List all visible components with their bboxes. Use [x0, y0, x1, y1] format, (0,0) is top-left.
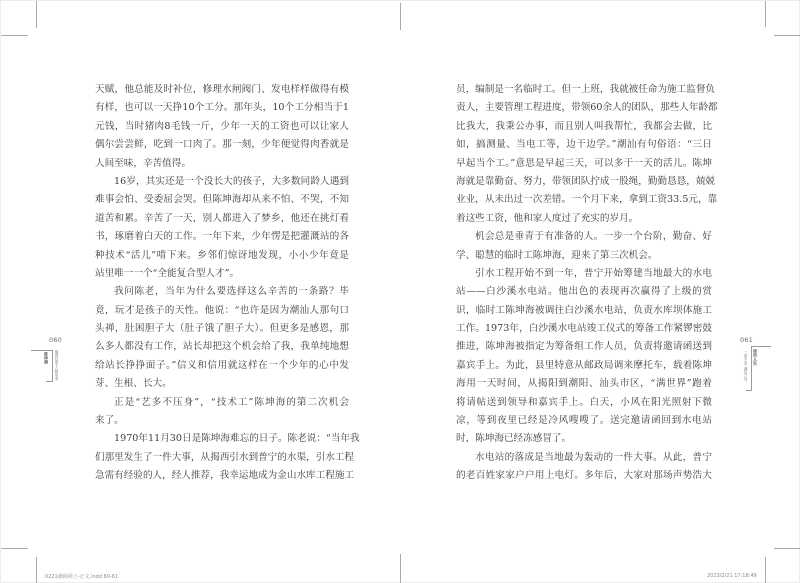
footer-timestamp: 2023/2/21 17:18:49: [707, 573, 757, 579]
text-line: 给站长挣挣面子。”信义和信用就这样在一个少年的心中发: [95, 357, 349, 375]
text-line: 我问陈老，当年为什么要选择这么辛苦的一条路？毕: [95, 283, 349, 301]
crop-mark-bottom-right-horizontal: [774, 548, 800, 549]
right-page-number: 061: [740, 336, 753, 344]
crop-mark-top-center: [400, 3, 401, 30]
crop-mark-bottom-right-vertical: [765, 557, 766, 583]
text-line: 将请帖送到领导和嘉宾手上。白天，小风在阳光照射下微: [456, 394, 712, 412]
left-margin-label: 潮商信用人物故事: [55, 350, 59, 380]
text-line: 识，临时工陈坤海被调往白沙溪水电站，负责水库坝体施工: [456, 302, 712, 320]
text-line: 凉，等到夜里已经是冷风嗖嗖了。送完邀请函回到水电站: [456, 412, 712, 430]
left-margin-rule-vertical: [52, 350, 53, 381]
text-line: 16岁，其实还是一个没长大的孩子，大多数同龄人遇到: [95, 173, 349, 191]
left-margin-rule-bottom: [46, 381, 53, 382]
crop-mark-bottom-center: [400, 554, 401, 583]
text-line: 责人，主要管理工程进度，带领60余人的团队，那些人年龄都: [456, 99, 712, 117]
text-line: 引水工程开始不到一年，普宁开始筹建当地最大的水电: [456, 265, 712, 283]
crop-mark-top-right-vertical: [765, 1, 766, 27]
text-line: 站里唯一一个“全能复合型人才”。: [95, 265, 349, 283]
text-line: 着这些工资，他和家人度过了充实的岁月。: [456, 210, 712, 228]
book-spread: 060 陈坤海 潮商信用人物故事 061 信用人生 一诺千金 诚信立身 天赋，他…: [0, 0, 800, 583]
text-line: 们那里发生了一件大事，从揭西引水到普宁的水渠，引水工程: [95, 449, 349, 467]
crop-mark-top-right-horizontal: [774, 35, 800, 36]
crop-mark-bottom-left-vertical: [36, 557, 37, 583]
text-line: 工作。1973年，白沙溪水电站竣工仪式的筹备工作紧锣密鼓: [456, 320, 712, 338]
text-line: 业业，从未出过一次差错。一个月下来，拿到工资33.5元，靠: [456, 191, 712, 209]
text-line: 机会总是垂青于有准备的人。一步一个台阶，勤奋、好: [456, 228, 712, 246]
crop-mark-bottom-left-horizontal: [1, 548, 28, 549]
left-page-body: 天赋，他总能及时补位，修理水闸阀门、发电样样做得有模有样，也可以一天挣10个工分…: [95, 81, 349, 486]
crop-mark-top-left-horizontal: [1, 35, 28, 36]
text-line: 急需有经验的人，经人推荐，我幸运地成为金山水库工程施工: [95, 467, 349, 485]
right-margin-rule-vertical: [751, 346, 752, 391]
text-line: 有样，也可以一天挣10个工分。那年头，10个工分相当于1: [95, 99, 349, 117]
text-line: 推进，陈坤海被指定为筹备组工作人员，负责将邀请函送到: [456, 338, 712, 356]
crop-mark-top-left-vertical: [36, 1, 37, 28]
text-line: 水电站的落成是当地最为轰动的一件大事。从此，普宁: [456, 449, 712, 467]
left-page-number: 060: [49, 336, 62, 344]
text-line: 嘉宾手上。为此，县里特意从邮政局调来摩托车，载着陈坤: [456, 357, 712, 375]
footer-file-label: 0221潮商网上-正文.indd 60-61: [45, 573, 118, 580]
text-line: 竟，玩才是孩子的天性。他说：“也许是因为潮汕人那句口: [95, 302, 349, 320]
text-line: 如，搞测量、当电工等，边干边学。”潮汕有句俗语：“三日: [456, 136, 712, 154]
text-line: 种技术“活儿”啃下来。乡邻们惊讶地发现，小小少年竟是: [95, 247, 349, 265]
text-line: 道苦和累。辛苦了一天，别人都进入了梦乡，他还在挑灯看: [95, 210, 349, 228]
text-line: 难事会怕、受委屈会哭。但陈坤海却从来不怕、不哭，不知: [95, 191, 349, 209]
right-margin-rule-top: [751, 346, 771, 347]
text-line: 时，陈坤海已经冻感冒了。: [456, 430, 712, 448]
text-line: 来了。: [95, 412, 349, 430]
text-line: 偶尔尝尝鲜，吃到一口肉了。那一刻，少年便觉得肉香就是: [95, 136, 349, 154]
text-line: 书，琢磨着白天的工作。一年下来，少年愣是把灌溉站的各: [95, 228, 349, 246]
right-margin-label-bold: 信用人生: [753, 349, 757, 365]
text-line: 员，编制是一名临时工。但一上班，我就被任命为施工监督负: [456, 81, 712, 99]
text-line: 头禅，肚困胆子大（肚子饿了胆子大）。但更多是感恩，那: [95, 320, 349, 338]
text-line: 早起当个工。”意思是早起三天，可以多干一天的活儿。陈坤: [456, 155, 712, 173]
text-line: 1970年11月30日是陈坤海难忘的日子。陈老说：“当年我: [95, 430, 349, 448]
left-margin-rule-top: [31, 350, 52, 351]
text-line: 么多人都没有工作，站长却把这个机会给了我，我单纯地想: [95, 338, 349, 356]
text-line: 海用一天时间，从揭阳到潮阳、汕头市区，“满世界”跑着: [456, 375, 712, 393]
text-line: 元钱，当时猪肉8毛钱一斤，少年一天的工资也可以让家人: [95, 118, 349, 136]
right-page-body: 员，编制是一名临时工。但一上班，我就被任命为施工监督负责人，主要管理工程进度，带…: [456, 81, 712, 486]
text-line: 人间至味，辛苦值得。: [95, 155, 349, 173]
text-line: 比我大，我秉公办事，而且别人叫我帮忙，我都会去做，比: [456, 118, 712, 136]
text-line: 芽、生根、长大。: [95, 375, 349, 393]
right-margin-label: 一诺千金 诚信立身: [744, 350, 748, 382]
left-margin-label-bold: 陈坤海: [44, 352, 48, 364]
text-line: 正是“艺多不压身”，“技术工”陈坤海的第二次机会: [95, 394, 349, 412]
text-line: 天赋，他总能及时补位，修理水闸阀门、发电样样做得有模: [95, 81, 349, 99]
text-line: 站——白沙溪水电站。他出色的表现再次赢得了上级的赏: [456, 283, 712, 301]
right-margin-rule-bottom: [746, 390, 752, 391]
text-line: 的老百姓家家户户用上电灯。多年后，大家对那场声势浩大: [456, 467, 712, 485]
text-line: 海就是靠勤奋、努力，带领团队拧成一股绳，勤勤恳恳，兢兢: [456, 173, 712, 191]
text-line: 学、聪慧的临时工陈坤海，迎来了第三次机会。: [456, 247, 712, 265]
